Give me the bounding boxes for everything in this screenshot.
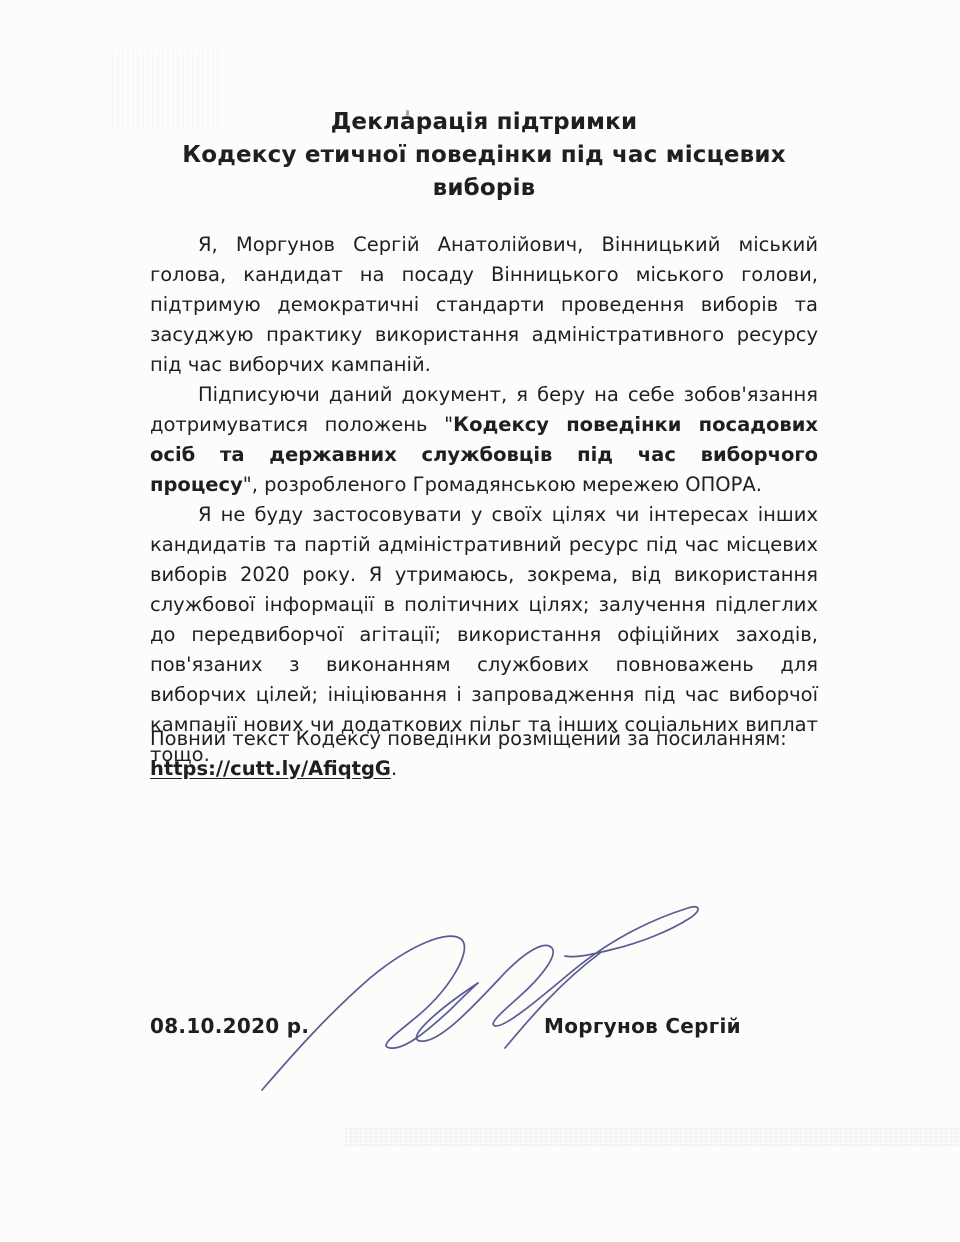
- document-title: Декларація підтримки Кодексу етичної пов…: [150, 106, 818, 205]
- paragraph-declaration-intro: Я, Моргунов Сергій Анатолійович, Вінниць…: [150, 230, 818, 380]
- signature-date: 08.10.2020 р.: [150, 1014, 309, 1038]
- paragraph-full-text-link: Повний текст Кодексу поведінки розміщени…: [150, 724, 818, 784]
- paragraph4-text-before: Повний текст Кодексу поведінки розміщени…: [150, 727, 787, 750]
- signer-name: Моргунов Сергій: [544, 1014, 741, 1038]
- paragraph4-text-after: .: [391, 757, 397, 780]
- code-of-conduct-link[interactable]: https://cutt.ly/AfiqtgG: [150, 757, 391, 780]
- handwritten-signature: [255, 893, 715, 1103]
- document-title-line2: Кодексу етичної поведінки під час місцев…: [150, 139, 818, 205]
- scanned-document-page: Декларація підтримки Кодексу етичної пов…: [0, 0, 960, 1242]
- scan-noise-strip: [345, 1128, 960, 1146]
- paragraph-code-commitment: Підписуючи даний документ, я беру на себ…: [150, 380, 818, 500]
- paragraph2-text-after: ", розробленого Громадянською мережею ОП…: [243, 473, 762, 496]
- document-title-line1: Декларація підтримки: [150, 106, 818, 139]
